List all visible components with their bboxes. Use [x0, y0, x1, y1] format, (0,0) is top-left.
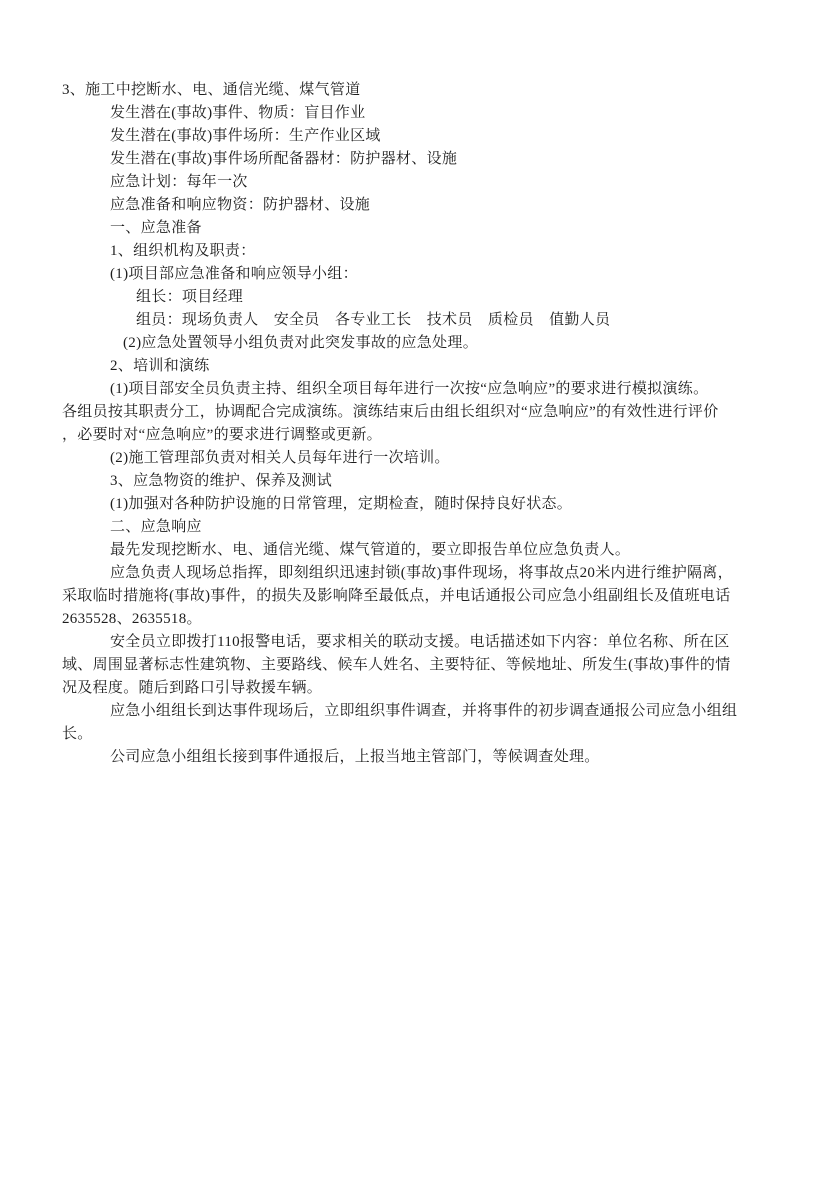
- text-line: 2635528、2635518。: [62, 608, 778, 631]
- text-line: 2、培训和演练: [62, 355, 778, 378]
- text-line: 况及程度。随后到路口引导救援车辆。: [62, 677, 778, 700]
- text-line: (2)应急处置领导小组负责对此突发事故的应急处理。: [62, 332, 778, 355]
- document-page: 3、施工中挖断水、电、通信光缆、煤气管道发生潜在(事故)事件、物质：盲目作业发生…: [0, 0, 838, 1186]
- text-line: 应急准备和响应物资：防护器材、设施: [62, 194, 778, 217]
- text-line: 应急负责人现场总指挥，即刻组织迅速封锁(事故)事件现场，将事故点20米内进行维护…: [62, 562, 778, 585]
- text-line: 长。: [62, 723, 778, 746]
- text-line: 各组员按其职责分工，协调配合完成演练。演练结束后由组长组织对“应急响应”的有效性…: [62, 401, 778, 424]
- text-line: 二、应急响应: [62, 516, 778, 539]
- text-line: 公司应急小组组长接到事件通报后，上报当地主管部门，等候调查处理。: [62, 746, 778, 769]
- text-line: (2)施工管理部负责对相关人员每年进行一次培训。: [62, 447, 778, 470]
- text-line: 发生潜在(事故)事件、物质：盲目作业: [62, 102, 778, 125]
- text-line: 最先发现挖断水、电、通信光缆、煤气管道的，要立即报告单位应急负责人。: [62, 539, 778, 562]
- text-line: ，必要时对“应急响应”的要求进行调整或更新。: [62, 424, 778, 447]
- text-line: (1)加强对各种防护设施的日常管理，定期检查，随时保持良好状态。: [62, 493, 778, 516]
- text-line: 一、应急准备: [62, 217, 778, 240]
- text-line: 组长：项目经理: [62, 286, 778, 309]
- text-line: 组员：现场负责人 安全员 各专业工长 技术员 质检员 值勤人员: [62, 309, 778, 332]
- text-line: 3、应急物资的维护、保养及测试: [62, 470, 778, 493]
- text-line: (1)项目部安全员负责主持、组织全项目每年进行一次按“应急响应”的要求进行模拟演…: [62, 378, 778, 401]
- text-line: 安全员立即拨打110报警电话，要求相关的联动支援。电话描述如下内容：单位名称、所…: [62, 631, 778, 654]
- text-line: 采取临时措施将(事故)事件，的损失及影响降至最低点，并电话通报公司应急小组副组长…: [62, 585, 778, 608]
- text-line: 3、施工中挖断水、电、通信光缆、煤气管道: [62, 79, 778, 102]
- text-line: 域、周围显著标志性建筑物、主要路线、候车人姓名、主要特征、等候地址、所发生(事故…: [62, 654, 778, 677]
- document-body: 3、施工中挖断水、电、通信光缆、煤气管道发生潜在(事故)事件、物质：盲目作业发生…: [62, 79, 778, 769]
- text-line: (1)项目部应急准备和响应领导小组：: [62, 263, 778, 286]
- text-line: 1、组织机构及职责：: [62, 240, 778, 263]
- text-line: 发生潜在(事故)事件场所：生产作业区域: [62, 125, 778, 148]
- text-line: 应急小组组长到达事件现场后，立即组织事件调查，并将事件的初步调查通报公司应急小组…: [62, 700, 778, 723]
- text-line: 应急计划：每年一次: [62, 171, 778, 194]
- text-line: 发生潜在(事故)事件场所配备器材：防护器材、设施: [62, 148, 778, 171]
